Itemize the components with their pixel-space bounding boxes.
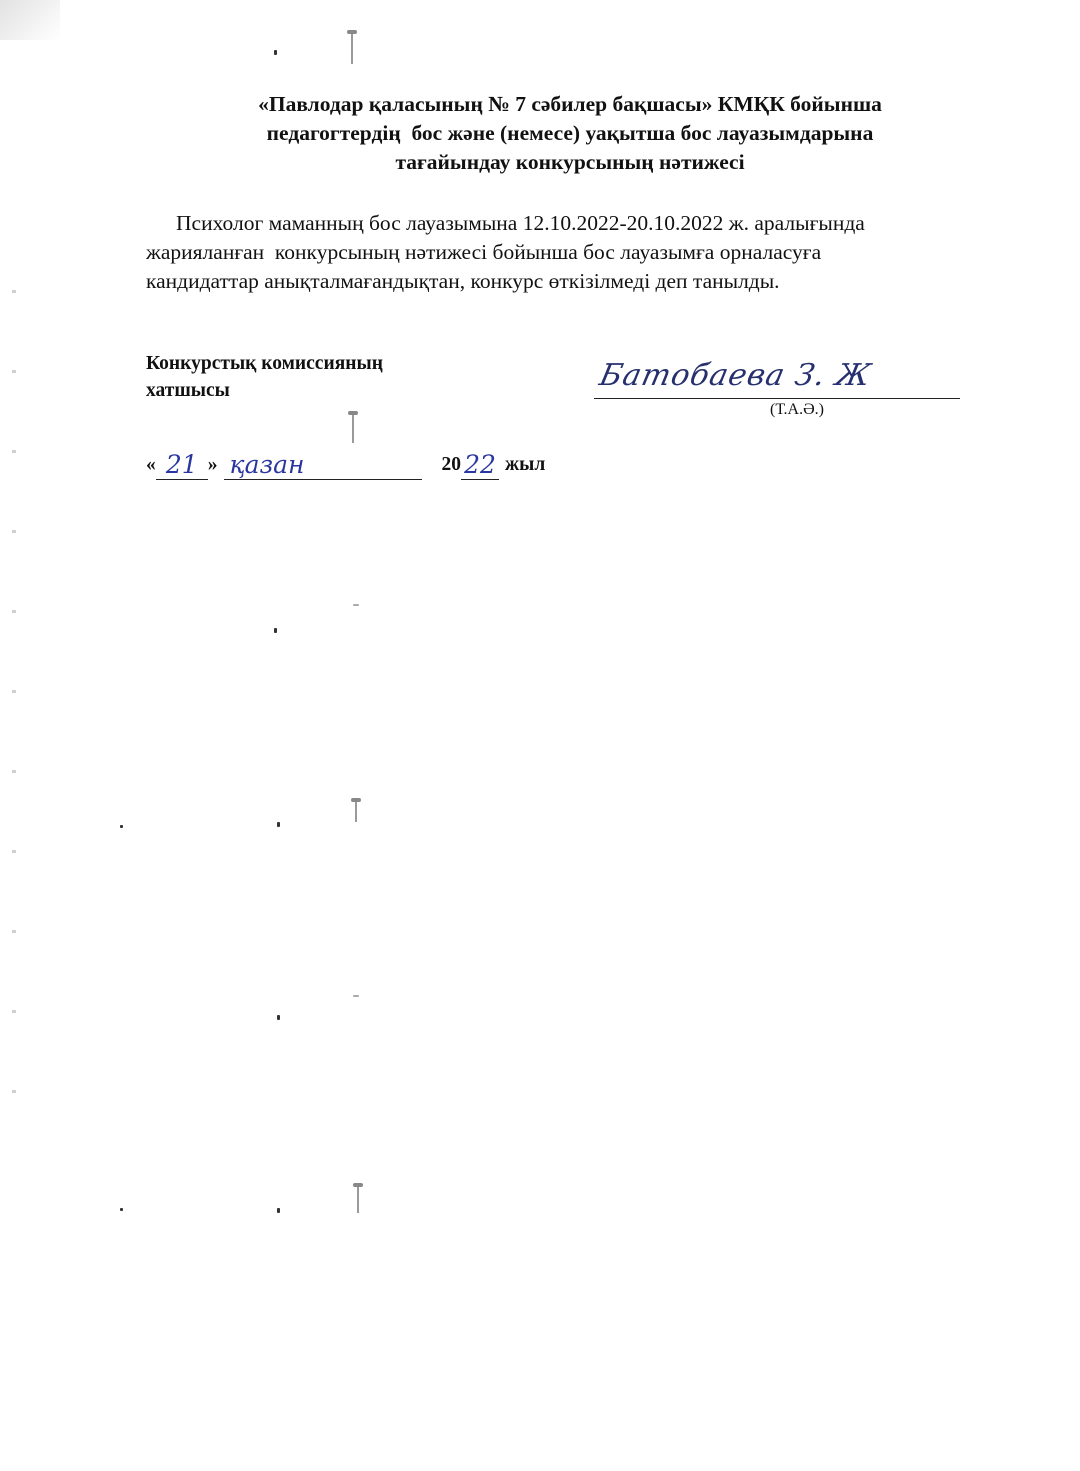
date-month: қазан: [224, 451, 422, 480]
document-body: Психолог маманның бос лауазымына 12.10.2…: [146, 209, 1006, 296]
scan-mark: [357, 1185, 359, 1213]
signature-block: Батобаева З. Ж (Т.А.Ә.): [594, 354, 960, 419]
signature-line: Батобаева З. Ж: [594, 354, 960, 399]
scan-mark: [355, 800, 357, 822]
signature-caption: (Т.А.Ә.): [594, 399, 960, 419]
scan-speck: [353, 604, 359, 606]
scan-speck: [120, 1208, 123, 1211]
title-line: «Павлодар қаласының № 7 сәбилер бақшасы»…: [150, 90, 990, 119]
signatory-label: Конкурстық комиссияның хатшысы: [146, 350, 383, 404]
date-year-suffix: 22: [461, 451, 499, 480]
date-day: 21: [156, 451, 208, 480]
scan-speck: [277, 1015, 280, 1020]
document-title: «Павлодар қаласының № 7 сәбилер бақшасы»…: [150, 90, 990, 177]
scan-speck: [277, 822, 280, 827]
body-line: Психолог маманның бос лауазымына 12.10.2…: [146, 209, 1006, 238]
scan-speck: [274, 50, 277, 55]
title-line: педагогтердің бос және (немесе) уақытша …: [150, 119, 990, 148]
handwritten-signature: Батобаева З. Ж: [589, 354, 964, 398]
signatory-label-line: хатшысы: [146, 377, 383, 404]
scan-speck: [274, 628, 277, 633]
scan-speck: [120, 825, 123, 828]
scan-left-edge: [12, 260, 16, 1100]
date-year-word: жыл: [505, 450, 545, 480]
signatory-label-line: Конкурстық комиссияның: [146, 350, 383, 377]
scan-mark: [352, 413, 354, 443]
body-line: кандидаттар анықталмағандықтан, конкурс …: [146, 267, 1006, 296]
title-line: тағайындау конкурсының нәтижесі: [150, 148, 990, 177]
date-close-quote: »: [208, 450, 218, 480]
scan-speck: [277, 1208, 280, 1213]
scan-edge-shadow: [0, 0, 60, 40]
body-line: жарияланған конкурсының нәтижесі бойынша…: [146, 238, 1006, 267]
date-open-quote: «: [146, 450, 156, 480]
scan-speck: [353, 995, 359, 997]
date-year-prefix: 20: [442, 450, 462, 480]
scan-mark: [351, 32, 353, 64]
date-row: « 21 » қазан 20 22 жыл: [146, 450, 545, 480]
